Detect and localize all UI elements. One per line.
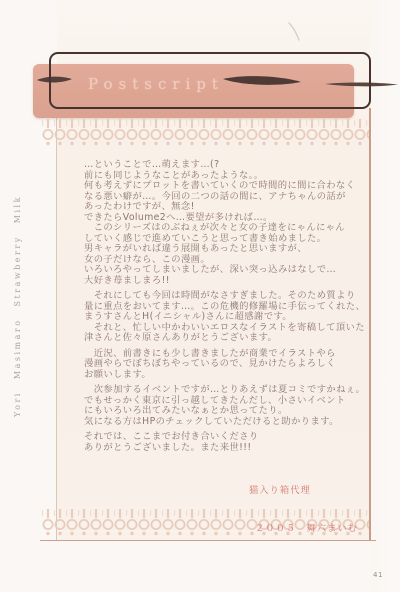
text-line: …ということで…萌えます…(?	[84, 160, 369, 171]
frame-left-line	[56, 112, 57, 541]
frame-right-line	[369, 108, 371, 541]
signature-circle-name: 猫入り箱代理	[249, 485, 358, 498]
text-line: 何も考えずにプロットを書いていくので時間的に間に合わなく	[84, 181, 369, 192]
page-title: Postscript	[88, 75, 224, 93]
text-line: いろいろやってしまいましたが、深い突っ込みはなしで…	[84, 265, 369, 276]
text-line: それでは、ここまでお付き合いくださり	[84, 432, 369, 443]
text-line: 大好き苺ましまろ!!	[84, 276, 369, 287]
text-line: 気になる方はHPのチェックしていただけると助かります。	[84, 417, 369, 428]
postscript-text-block: …ということで…萌えます…(?前にも同じようなことがあったような。。何も考えずに…	[84, 160, 369, 453]
page-number: 41	[373, 571, 383, 579]
signature-year-author: ２００５ 舞六まいむ	[255, 523, 358, 536]
text-line: 漫画やらでぼちぼちやっているので、見かけたらよろしく	[84, 359, 369, 370]
text-line: まうすさんとH(イニシャル)さんに超感謝です。	[84, 312, 369, 323]
text-line: にもいろいろ出てみたいなぁとか思ってたり。	[84, 406, 369, 417]
text-line: それにしても今回は時間がなさすぎました。そのため質より	[84, 291, 369, 302]
text-line: お願いします。	[84, 370, 369, 381]
lace-border-top	[42, 118, 369, 148]
sidebar-vertical-title: Yori Masimaro Strawberry Milk	[13, 106, 27, 506]
text-line: 男キャラがいれば違う展開もあったと思いますが、	[84, 244, 369, 255]
postscript-page: Yori Masimaro Strawberry Milk Postscript…	[0, 0, 400, 592]
text-line: 津さんと佐々原さんありがとうございます。	[84, 333, 369, 344]
signature-block: 猫入り箱代理 ２００５ 舞六まいむ	[249, 460, 358, 560]
text-line: ありがとうございました。また来世!!!	[84, 443, 369, 454]
text-line: このシリーズはのぶねぇが次々と女の子達をにゃんにゃん	[84, 223, 369, 234]
text-line: 次参加するイベントですが…とりあえずは夏コミですかねぇ。	[84, 385, 369, 396]
text-line: あったわけですが、無念!	[84, 202, 369, 213]
